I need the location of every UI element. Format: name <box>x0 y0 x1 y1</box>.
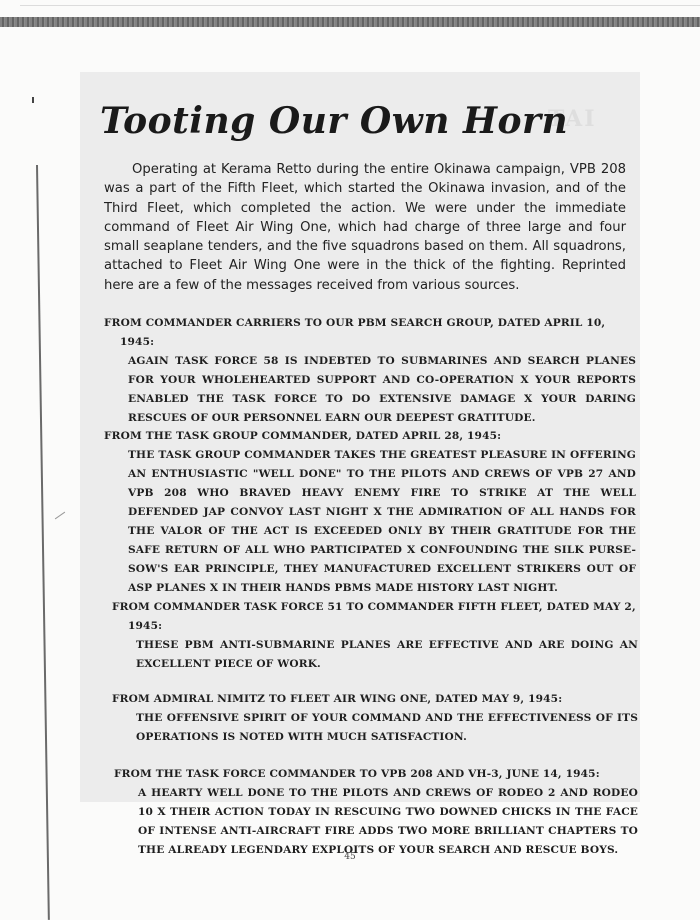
message-block: FROM ADMIRAL NIMITZ TO FLEET AIR WING ON… <box>112 690 638 747</box>
message-block: FROM COMMANDER TASK FORCE 51 TO COMMANDE… <box>112 598 638 674</box>
page-title: Tooting Our Own Horn <box>100 100 568 142</box>
page-number: 45 <box>0 852 700 862</box>
message-block: FROM THE TASK GROUP COMMANDER, DATED APR… <box>104 427 636 598</box>
intro-paragraph: Operating at Kerama Retto during the ent… <box>104 160 626 295</box>
message-block: FROM THE TASK FORCE COMMANDER TO VPB 208… <box>114 765 638 860</box>
message-body: THESE PBM ANTI-SUBMARINE PLANES ARE EFFE… <box>112 636 638 674</box>
margin-tick-mark <box>32 97 34 103</box>
message-header: FROM COMMANDER CARRIERS TO OUR PBM SEARC… <box>104 314 636 352</box>
message-header: FROM THE TASK GROUP COMMANDER, DATED APR… <box>104 427 636 446</box>
message-body: THE TASK GROUP COMMANDER TAKES THE GREAT… <box>104 446 636 598</box>
binding-margin-line <box>36 165 50 920</box>
message-body: A HEARTY WELL DONE TO THE PILOTS AND CRE… <box>114 784 638 860</box>
message-block: FROM COMMANDER CARRIERS TO OUR PBM SEARC… <box>104 314 636 428</box>
margin-pencil-mark <box>55 512 65 520</box>
message-body: THE OFFENSIVE SPIRIT OF YOUR COMMAND AND… <box>112 709 638 747</box>
message-body: AGAIN TASK FORCE 58 IS INDEBTED TO SUBMA… <box>104 352 636 428</box>
message-header: FROM COMMANDER TASK FORCE 51 TO COMMANDE… <box>112 598 638 636</box>
message-header: FROM THE TASK FORCE COMMANDER TO VPB 208… <box>114 765 638 784</box>
scan-edge-line <box>20 5 700 6</box>
top-border-rule <box>0 17 700 27</box>
message-header: FROM ADMIRAL NIMITZ TO FLEET AIR WING ON… <box>112 690 638 709</box>
